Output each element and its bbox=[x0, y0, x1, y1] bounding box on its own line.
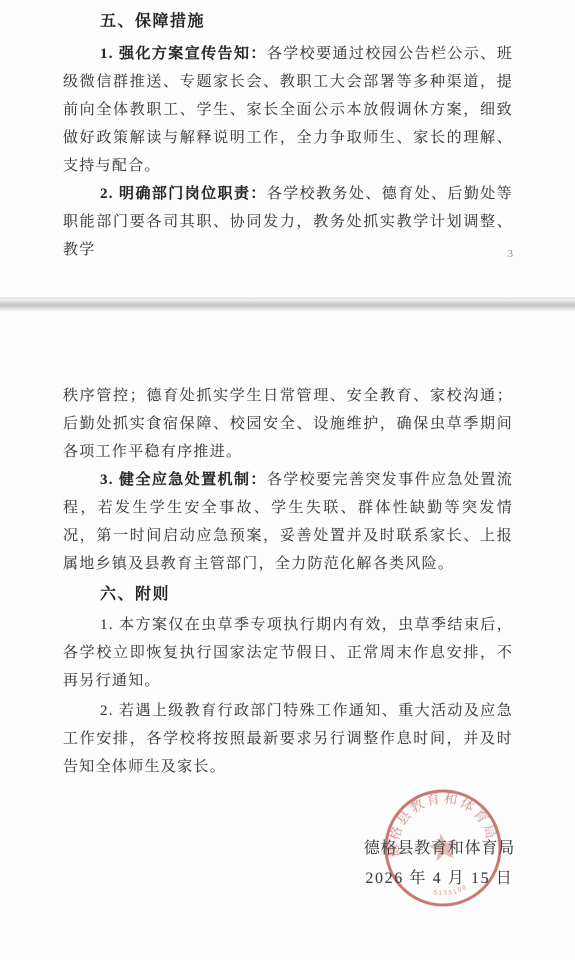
paragraph-lead: 2. 明确部门岗位职责： bbox=[100, 186, 267, 202]
signature-date: 2026 年 4 月 15 日 bbox=[364, 864, 515, 894]
signature-organization: 德格县教育和体育局 bbox=[364, 834, 515, 864]
signature-block: 德格县教育和体育局 2026 年 4 月 15 日 bbox=[364, 834, 515, 894]
section-heading-6: 六、附则 bbox=[63, 581, 513, 609]
document-viewer[interactable]: 五、保障措施 1. 强化方案宣传告知：各学校要通过校园公告栏公示、班级微信群推送… bbox=[0, 0, 575, 960]
paragraph-emergency: 3. 健全应急处置机制：各学校要完善突发事件应急处置流程，若发生学生安全事故、学… bbox=[63, 466, 513, 578]
document-page-2: 秩序管控；德育处抓实学生日常管理、安全教育、家校沟通；后勤处抓实食宿保障、校园安… bbox=[0, 311, 575, 959]
paragraph-appendix-2: 2. 若遇上级教育行政部门特殊工作通知、重大活动及应急工作安排，各学校将按照最新… bbox=[63, 697, 513, 781]
document-page-1: 五、保障措施 1. 强化方案宣传告知：各学校要通过校园公告栏公示、班级微信群推送… bbox=[0, 0, 575, 298]
paragraph-body: 各学校要通过校园公告栏公示、班级微信群推送、专题家长会、教职工大会部署等多种渠道… bbox=[63, 46, 513, 174]
section-heading-5: 五、保障措施 bbox=[63, 8, 513, 36]
page-number: 3 bbox=[508, 248, 514, 260]
paragraph-lead: 1. 强化方案宣传告知： bbox=[100, 46, 267, 62]
paragraph-publicity: 1. 强化方案宣传告知：各学校要通过校园公告栏公示、班级微信群推送、专题家长会、… bbox=[63, 40, 513, 180]
paragraph-duties: 2. 明确部门岗位职责：各学校教务处、德育处、后勤处等职能部门要各司其职、协同发… bbox=[63, 180, 513, 264]
page-break-divider bbox=[0, 298, 575, 311]
paragraph-lead: 3. 健全应急处置机制： bbox=[100, 472, 267, 488]
paragraph-appendix-1: 1. 本方案仅在虫草季专项执行期内有效，虫草季结束后，各学校立即恢复执行国家法定… bbox=[63, 611, 513, 695]
paragraph-continuation: 秩序管控；德育处抓实学生日常管理、安全教育、家校沟通；后勤处抓实食宿保障、校园安… bbox=[63, 382, 513, 466]
